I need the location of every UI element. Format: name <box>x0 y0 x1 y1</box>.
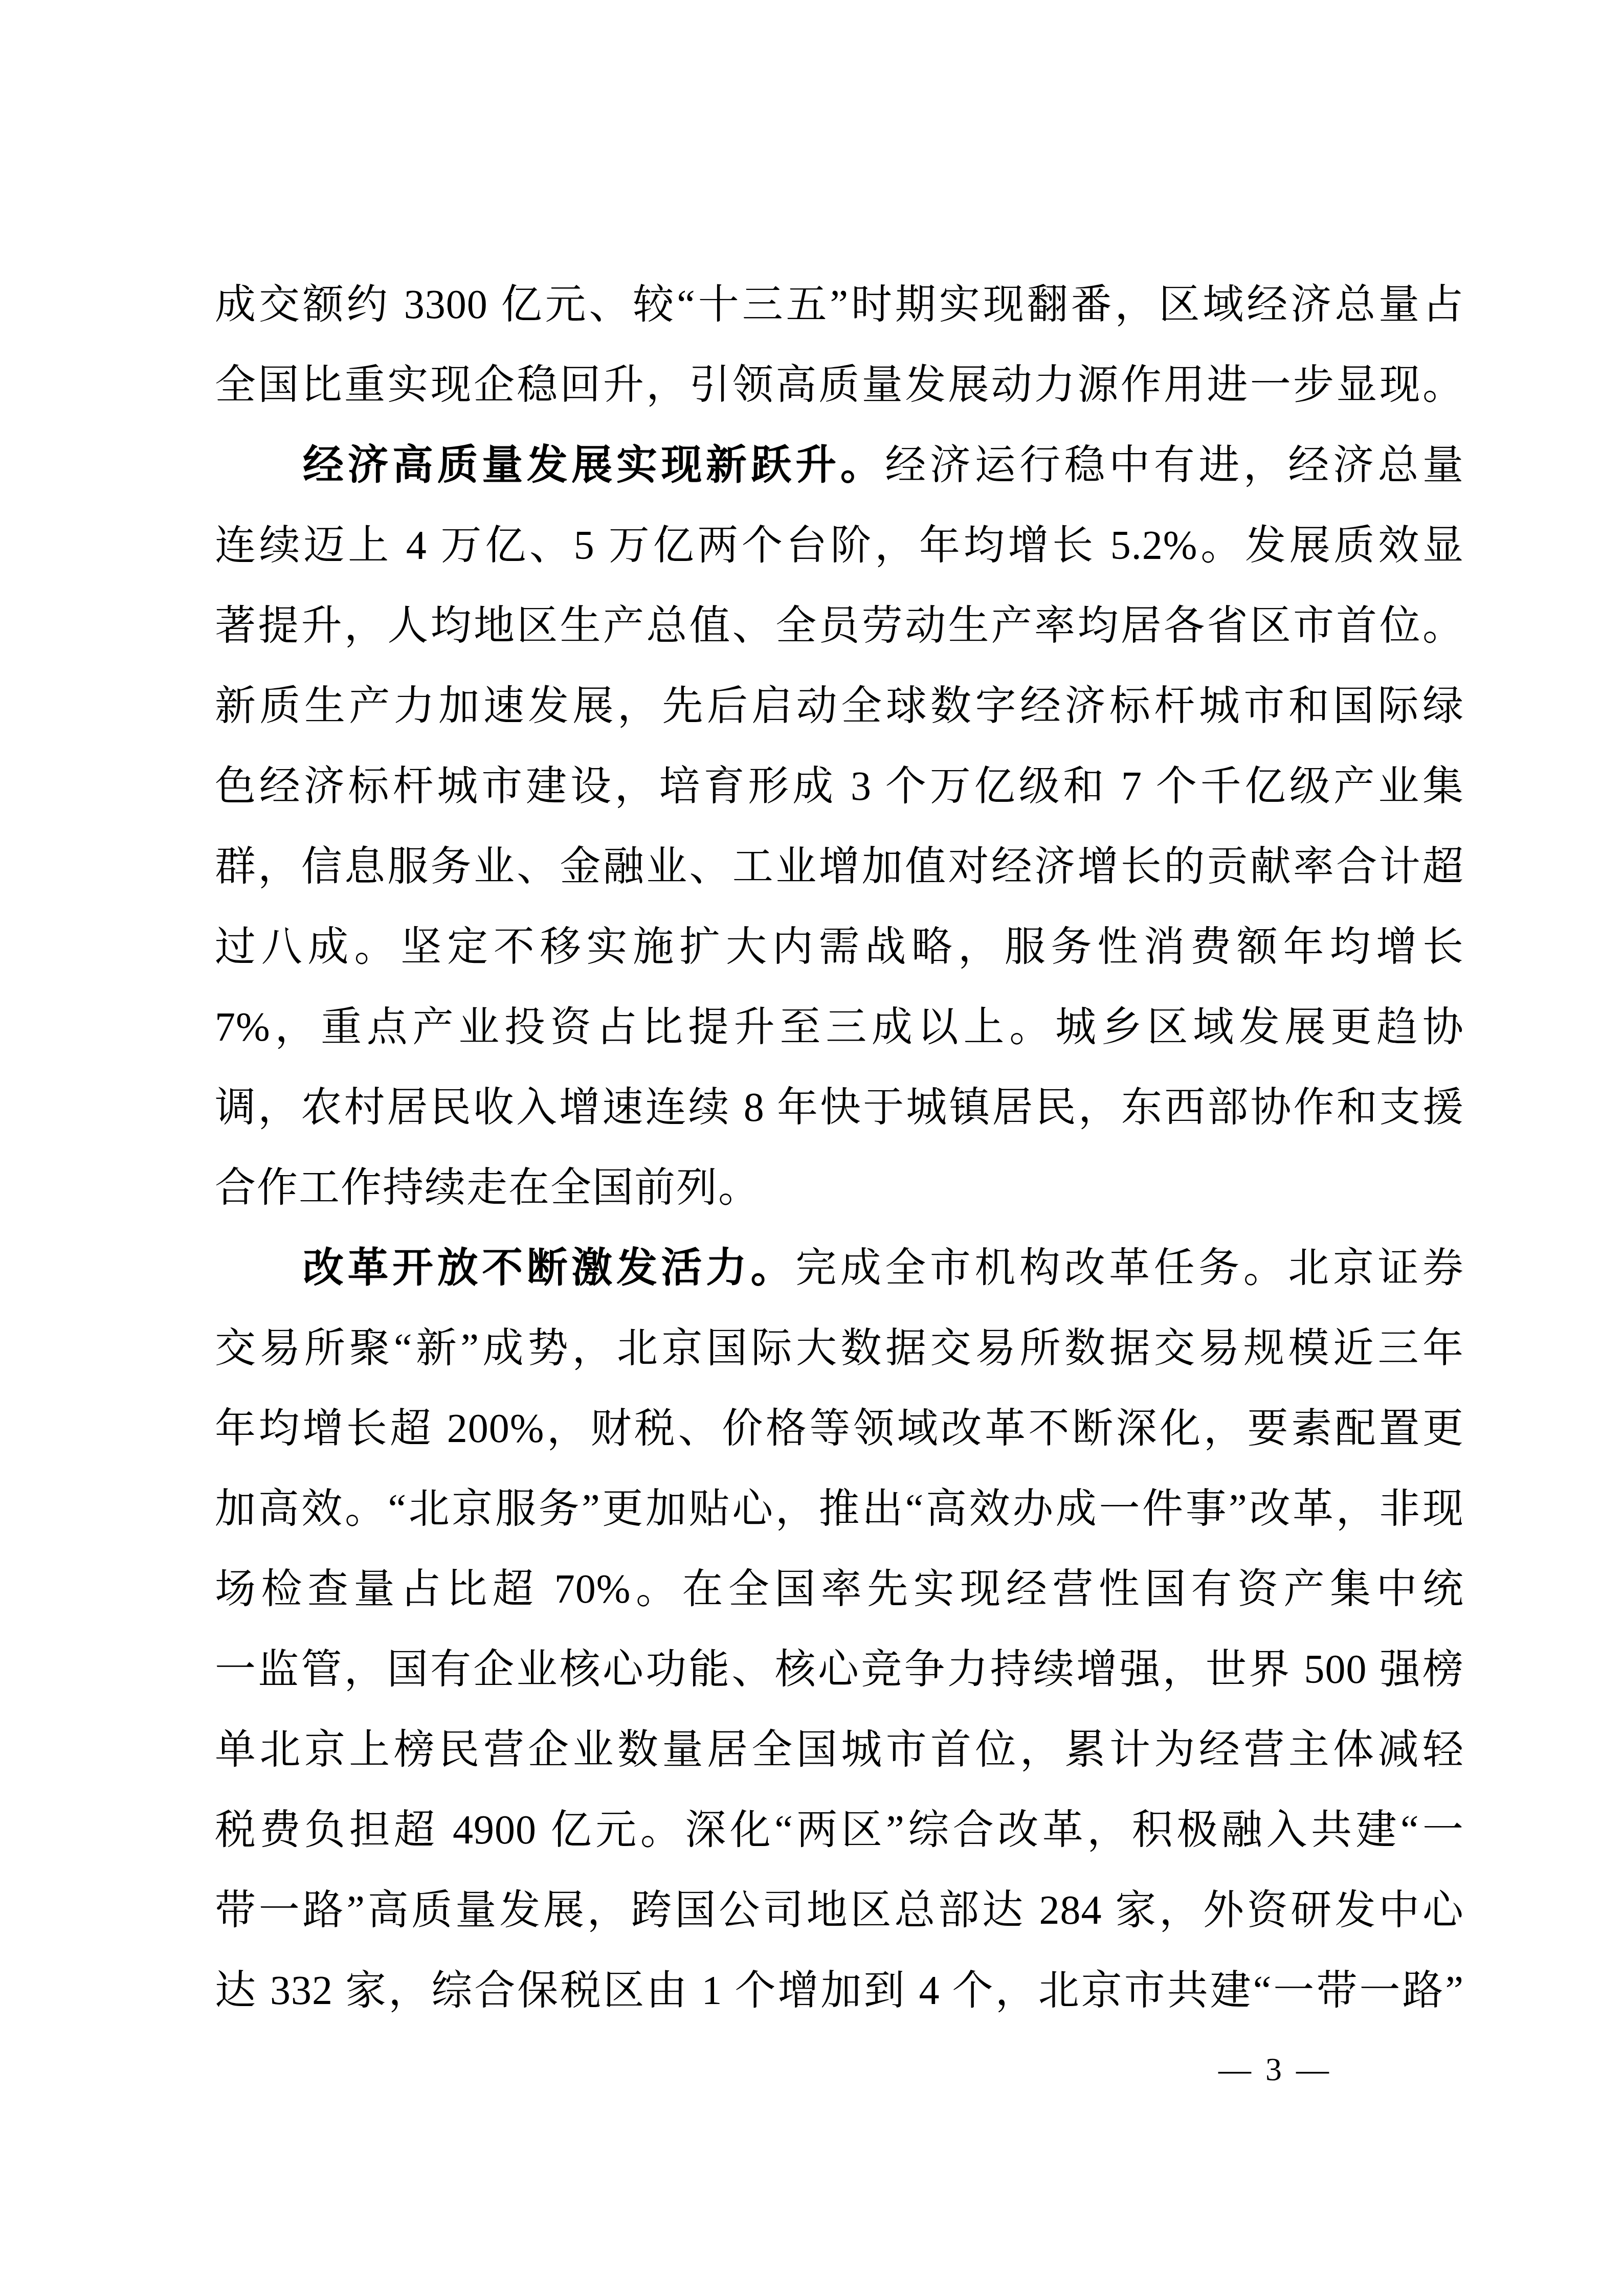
paragraph-text: 交易所聚“新”成势，北京国际大数据交易所数据交易规模近三年 <box>215 1326 1464 1371</box>
paragraph-text: 场检查量占比超 70%。在全国率先实现经营性国有资产集中统 <box>215 1567 1464 1612</box>
page-number: — 3 — <box>1218 2046 1332 2092</box>
document-body: 成交额约 3300 亿元、较“十三五”时期实现翻番，区域经济总量占全国比重实现企… <box>215 265 1464 2031</box>
text-line-21: 带一路”高质量发展，跨国公司地区总部达 284 家，外资研发中心 <box>215 1871 1464 1951</box>
text-line-5: 著提升，人均地区生产总值、全员劳动生产率均居各省区市首位。 <box>215 586 1464 666</box>
text-line-6: 新质生产力加速发展，先后启动全球数字经济标杆城市和国际绿 <box>215 666 1464 747</box>
text-line-19: 单北京上榜民营企业数量居全国城市首位，累计为经营主体减轻 <box>215 1710 1464 1790</box>
text-line-11: 调，农村居民收入增速连续 8 年快于城镇居民，东西部协作和支援 <box>215 1068 1464 1148</box>
text-line-2: 全国比重实现企稳回升，引领高质量发展动力源作用进一步显现。 <box>215 345 1464 425</box>
document-page: 成交额约 3300 亿元、较“十三五”时期实现翻番，区域经济总量占全国比重实现企… <box>0 0 1624 2296</box>
paragraph-text: 色经济标杆城市建设，培育形成 3 个万亿级和 7 个千亿级产业集 <box>215 764 1464 809</box>
paragraph-text: 7%，重点产业投资占比提升至三成以上。城乡区域发展更趋协 <box>215 1005 1464 1050</box>
paragraph-text: 全国比重实现企稳回升，引领高质量发展动力源作用进一步显现。 <box>215 363 1464 408</box>
paragraph-text: 一监管，国有企业核心功能、核心竞争力持续增强，世界 500 强榜 <box>215 1647 1464 1692</box>
text-line-8: 群，信息服务业、金融业、工业增加值对经济增长的贡献率合计超 <box>215 827 1464 907</box>
paragraph-lead-heading: 经济高质量发展实现新跃升。 <box>303 443 885 488</box>
text-line-3: 经济高质量发展实现新跃升。经济运行稳中有进，经济总量 <box>215 425 1464 506</box>
paragraph-text: 调，农村居民收入增速连续 8 年快于城镇居民，东西部协作和支援 <box>215 1085 1464 1130</box>
paragraph-text: 过八成。坚定不移实施扩大内需战略，服务性消费额年均增长 <box>215 925 1464 970</box>
paragraph-text: 年均增长超 200%，财税、价格等领域改革不断深化，要素配置更 <box>215 1406 1464 1451</box>
text-line-12: 合作工作持续走在全国前列。 <box>215 1148 1464 1228</box>
text-line-4: 连续迈上 4 万亿、5 万亿两个台阶，年均增长 5.2%。发展质效显 <box>215 506 1464 586</box>
paragraph-text: 完成全市机构改革任务。北京证券 <box>795 1246 1464 1291</box>
paragraph-text: 新质生产力加速发展，先后启动全球数字经济标杆城市和国际绿 <box>215 684 1464 729</box>
paragraph-text: 经济运行稳中有进，经济总量 <box>885 443 1464 488</box>
text-line-14: 交易所聚“新”成势，北京国际大数据交易所数据交易规模近三年 <box>215 1309 1464 1389</box>
text-line-13: 改革开放不断激发活力。完成全市机构改革任务。北京证券 <box>215 1228 1464 1309</box>
paragraph-text: 连续迈上 4 万亿、5 万亿两个台阶，年均增长 5.2%。发展质效显 <box>215 523 1464 568</box>
text-line-17: 场检查量占比超 70%。在全国率先实现经营性国有资产集中统 <box>215 1549 1464 1630</box>
paragraph-text: 合作工作持续走在全国前列。 <box>215 1165 760 1210</box>
paragraph-text: 群，信息服务业、金融业、工业增加值对经济增长的贡献率合计超 <box>215 844 1464 889</box>
paragraph-text: 单北京上榜民营企业数量居全国城市首位，累计为经营主体减轻 <box>215 1727 1464 1772</box>
text-line-9: 过八成。坚定不移实施扩大内需战略，服务性消费额年均增长 <box>215 907 1464 987</box>
text-line-10: 7%，重点产业投资占比提升至三成以上。城乡区域发展更趋协 <box>215 987 1464 1068</box>
paragraph-text: 带一路”高质量发展，跨国公司地区总部达 284 家，外资研发中心 <box>215 1888 1464 1933</box>
text-line-16: 加高效。“北京服务”更加贴心，推出“高效办成一件事”改革，非现 <box>215 1469 1464 1549</box>
paragraph-text: 成交额约 3300 亿元、较“十三五”时期实现翻番，区域经济总量占 <box>215 282 1464 327</box>
paragraph-text: 达 332 家，综合保税区由 1 个增加到 4 个，北京市共建“一带一路” <box>215 1968 1464 2013</box>
paragraph-text: 加高效。“北京服务”更加贴心，推出“高效办成一件事”改革，非现 <box>215 1487 1464 1532</box>
paragraph-text: 税费负担超 4900 亿元。深化“两区”综合改革，积极融入共建“一 <box>215 1808 1464 1853</box>
text-line-18: 一监管，国有企业核心功能、核心竞争力持续增强，世界 500 强榜 <box>215 1630 1464 1710</box>
text-line-7: 色经济标杆城市建设，培育形成 3 个万亿级和 7 个千亿级产业集 <box>215 747 1464 827</box>
text-line-1: 成交额约 3300 亿元、较“十三五”时期实现翻番，区域经济总量占 <box>215 265 1464 345</box>
text-line-20: 税费负担超 4900 亿元。深化“两区”综合改革，积极融入共建“一 <box>215 1790 1464 1871</box>
text-line-15: 年均增长超 200%，财税、价格等领域改革不断深化，要素配置更 <box>215 1389 1464 1469</box>
text-line-22: 达 332 家，综合保税区由 1 个增加到 4 个，北京市共建“一带一路” <box>215 1951 1464 2031</box>
paragraph-lead-heading: 改革开放不断激发活力。 <box>303 1246 795 1291</box>
paragraph-text: 著提升，人均地区生产总值、全员劳动生产率均居各省区市首位。 <box>215 603 1464 648</box>
